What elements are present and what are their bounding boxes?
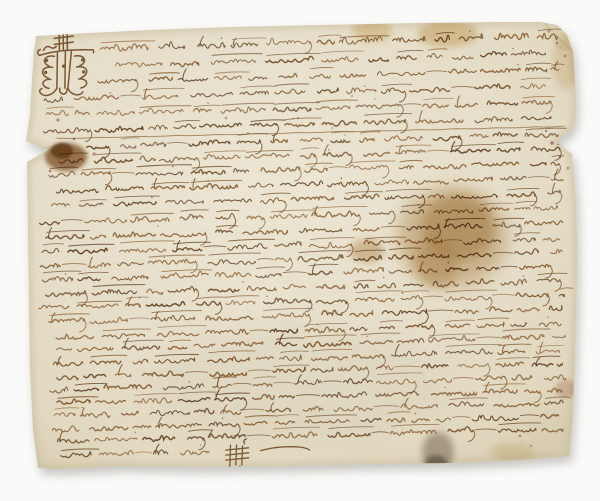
speckle — [344, 134, 346, 136]
speckle — [92, 152, 96, 156]
speckle — [207, 102, 209, 104]
stain — [350, 239, 384, 263]
speckle — [242, 281, 244, 283]
speckle — [73, 138, 75, 140]
speckle — [419, 89, 421, 91]
speckle — [299, 61, 301, 63]
speckle — [559, 156, 562, 159]
speckle — [297, 117, 299, 119]
speckle — [331, 127, 333, 129]
stain — [51, 143, 73, 159]
photo-frame — [0, 0, 600, 501]
speckle — [56, 118, 59, 121]
speckle — [157, 225, 159, 227]
speckle — [225, 117, 228, 120]
speckle — [49, 170, 52, 173]
speckle — [519, 435, 522, 438]
speckle — [550, 141, 554, 145]
stain — [414, 236, 458, 288]
speckle — [567, 167, 570, 170]
speckle — [87, 131, 89, 133]
speckle — [351, 95, 353, 97]
stain — [418, 21, 478, 47]
speckle — [247, 132, 249, 134]
speckle — [556, 42, 558, 44]
stain — [150, 325, 450, 445]
speckle — [530, 445, 532, 447]
speckle — [545, 130, 547, 132]
speckle — [563, 54, 566, 57]
speckle — [107, 146, 109, 148]
manuscript-photo — [0, 0, 600, 501]
speckle — [59, 35, 61, 37]
speckle — [548, 30, 551, 33]
stain — [490, 443, 534, 461]
